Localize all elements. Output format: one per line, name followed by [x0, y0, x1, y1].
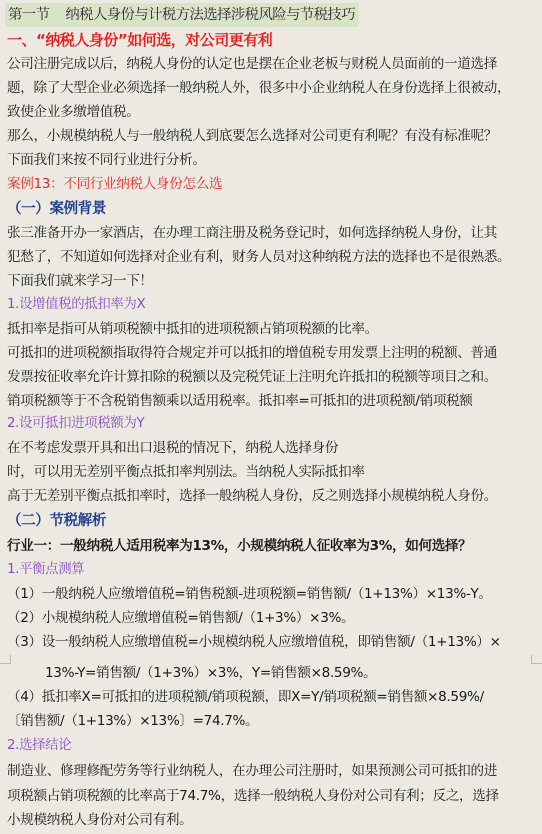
section-title-text: 纳税人身份与计税方法选择涉税风险与节税技巧 — [65, 7, 355, 23]
part1-sub2-line: 高于无差别平衡点抵扣率时，选择一般纳税人身份，反之则选择小规模纳税人身份。 — [7, 484, 497, 508]
intro-line: 致使企业多缴增值税。 — [7, 100, 139, 124]
part1-heading: （一）案例背景 — [7, 197, 106, 221]
part2-sub2-heading: 2.选择结论 — [7, 734, 71, 758]
part1-sub1-line: 可抵扣的进项税额指取得符合规定并可以抵扣的增值税专用发票上注明的税额、普通 — [7, 341, 497, 365]
part1-sub1-heading: 1.设增值税的抵扣率为X — [7, 293, 145, 317]
formula-line: 〔销售额/（1+13%）×13%〕=74.7%。 — [7, 709, 258, 733]
formula-line: （3）设一般纳税人应缴增值税=小规模纳税人应缴增值税，即销售额/（1+13%）× — [7, 630, 501, 654]
intro-line: 公司注册完成以后，纳税人身份的认定也是摆在企业老板与财税人员面前的一道选择 — [7, 52, 497, 76]
formula-line: （4）抵扣率X=可抵扣的进项税额/销项税额，即X=Y/销项税额=销售额×8.59… — [7, 685, 484, 709]
part1-sub2-line: 在不考虑发票开具和出口退税的情况下，纳税人选择身份 — [7, 436, 338, 460]
section-title: 第一节纳税人身份与计税方法选择涉税风险与节税技巧 — [5, 3, 359, 27]
page-corner-mark-right — [531, 655, 542, 664]
part1-line: 下面我们就来学习一下！ — [7, 269, 153, 293]
heading-1: 一、“纳税人身份”如何选，对公司更有利 — [7, 28, 272, 52]
intro-line: 那么，小规模纳税人与一般纳税人到底要怎么选择对公司更有利呢？有没有标准呢？ — [7, 124, 497, 148]
part1-line: 张三准备开办一家酒店，在办理工商注册及税务登记时，如何选择纳税人身份，让其 — [7, 221, 497, 245]
part1-sub1-line: 抵扣率是指可从销项税额中抵扣的进项税额占销项税额的比率。 — [7, 317, 378, 341]
formula-line: （2）小规模纳税人应缴增值税=销售额/（1+3%）×3%。 — [7, 606, 354, 630]
part1-sub2-line: 时，可以用无差别平衡点抵扣率判别法。当纳税人实际抵扣率 — [7, 460, 365, 484]
part1-sub2-heading: 2.设可抵扣进项税额为Y — [7, 412, 144, 436]
part1-sub1-line: 销项税额等于不含税销售额乘以适用税率。抵扣率=可抵扣的进项税额/销项税额 — [7, 389, 473, 413]
intro-line: 下面我们来按不同行业进行分析。 — [7, 148, 206, 172]
part2-sub1-heading: 1.平衡点测算 — [7, 558, 84, 582]
intro-line: 题，除了大型企业必须选择一般纳税人外，很多中小企业纳税人在身份选择上很被动， — [7, 76, 510, 100]
formula-line: （1）一般纳税人应缴增值税=销售税额-进项税额=销售额/（1+13%）×13%-… — [7, 582, 492, 606]
document-page: 第一节纳税人身份与计税方法选择涉税风险与节税技巧 一、“纳税人身份”如何选，对公… — [0, 0, 542, 834]
conclusion-line: 项税额占销项税额的比率高于74.7%，选择一般纳税人身份对公司有利；反之，选择 — [7, 784, 499, 808]
part1-sub1-line: 发票按征收率允许计算扣除的税额以及完税凭证上注明允许抵扣的税额等项目之和。 — [7, 365, 497, 389]
page-corner-mark-left — [0, 655, 11, 664]
conclusion-line: 制造业、修理修配劳务等行业纳税人，在办理公司注册时，如果预测公司可抵扣的进 — [7, 759, 497, 783]
part2-heading: （二）节税解析 — [7, 509, 106, 533]
industry1-question: 行业一：一般纳税人适用税率为13%，小规模纳税人征收率为3%，如何选择？ — [7, 534, 471, 558]
section-number: 第一节 — [8, 7, 49, 23]
case-title: 案例13：不同行业纳税人身份怎么选 — [7, 172, 222, 196]
conclusion-line: 小规模纳税人身份对公司有利。 — [7, 808, 192, 832]
formula-line: 13%-Y=销售额/（1+3%）×3%，Y=销售额×8.59%。 — [45, 661, 376, 685]
part1-line: 犯愁了，不知道如何选择对企业有利，财务人员对这种纳税方法的选择也不是很熟悉。 — [7, 245, 510, 269]
